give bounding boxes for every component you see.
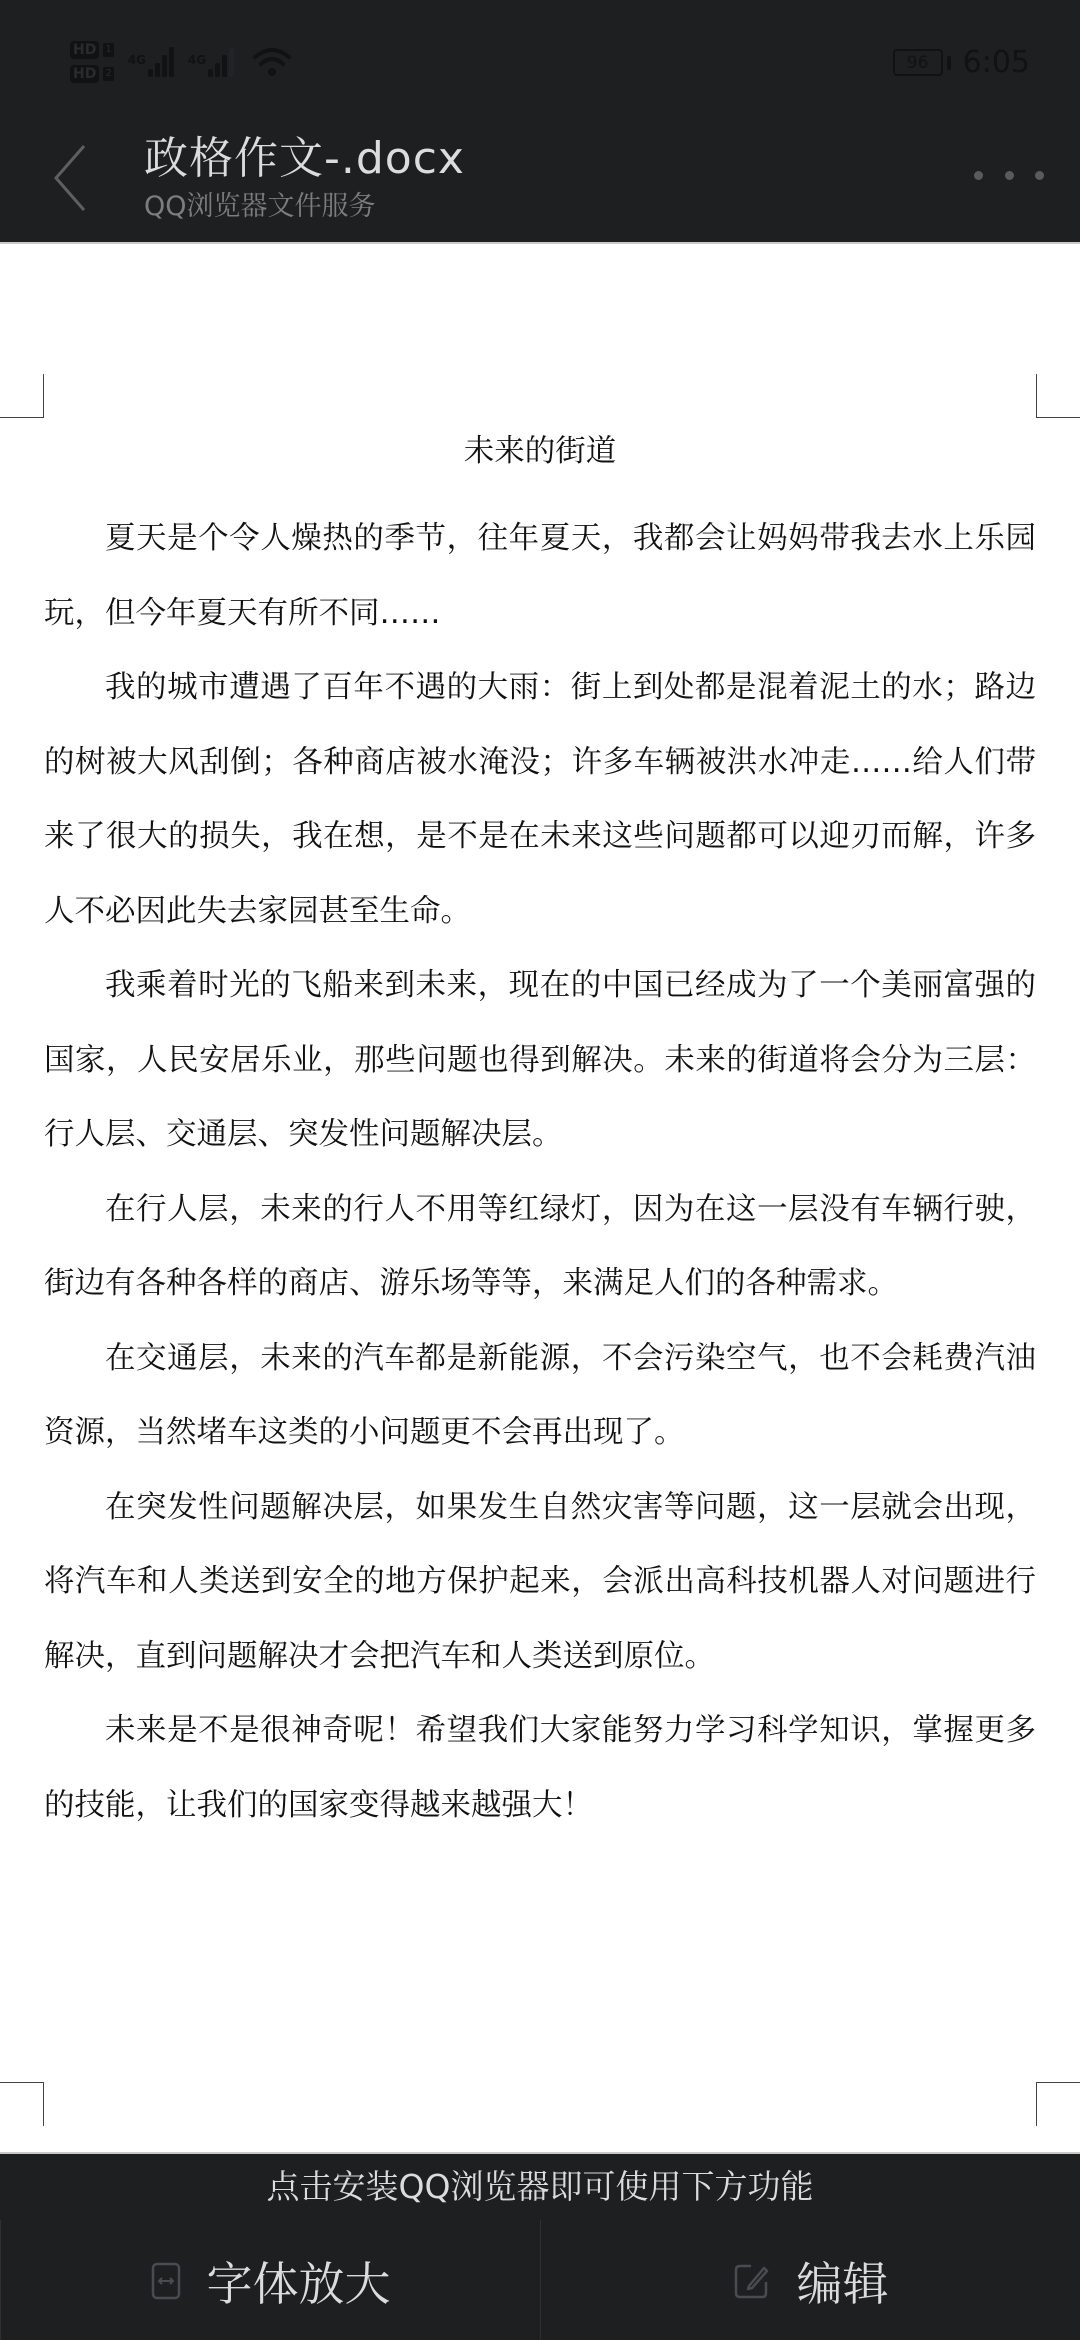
signal-strength-icon: 4G	[128, 47, 174, 77]
page-corner-mark-bottom-right	[1036, 2082, 1080, 2126]
status-bar-left: HD 1 HD 2 4G 4G	[70, 34, 292, 90]
document-page[interactable]: 未来的街道 夏天是个令人燥热的季节，往年夏天，我都会让妈妈带我去水上乐园玩，但今…	[0, 246, 1080, 2152]
sim2-hd-badge: HD	[70, 65, 99, 83]
bottom-toolbar: 点击安装QQ浏览器即可使用下方功能 字体放大 编辑	[0, 2152, 1080, 2340]
chevron-left-icon	[44, 140, 104, 216]
battery-level: 96	[907, 53, 929, 73]
paragraph: 夏天是个令人燥热的季节，往年夏天，我都会让妈妈带我去水上乐园玩，但今年夏天有所不…	[44, 502, 1036, 651]
paragraph: 我的城市遭遇了百年不遇的大雨：街上到处都是混着泥土的水；路边的树被大风刮倒；各种…	[44, 651, 1036, 949]
edit-icon	[733, 2262, 771, 2300]
paragraph: 未来是不是很神奇呢！希望我们大家能努力学习科学知识，掌握更多的技能，让我们的国家…	[44, 1694, 1036, 1843]
paragraph: 在交通层，未来的汽车都是新能源，不会污染空气，也不会耗费汽油资源，当然堵车这类的…	[44, 1322, 1036, 1471]
hd-volte-icon: HD 1 HD 2	[70, 41, 114, 83]
paragraph: 在行人层，未来的行人不用等红绿灯，因为在这一层没有车辆行驶，街边有各种各样的商店…	[44, 1173, 1036, 1322]
document-viewer-app: HD 1 HD 2 4G 4G	[0, 0, 1080, 2340]
document-title: 政格作文-.docx	[144, 122, 465, 186]
signal-strength-icon-sim2: 4G	[188, 47, 234, 77]
sim1-hd-badge: HD	[70, 41, 99, 59]
network-type-1: 4G	[128, 53, 146, 67]
document-body: 未来的街道 夏天是个令人燥热的季节，往年夏天，我都会让妈妈带我去水上乐园玩，但今…	[44, 428, 1036, 1843]
status-bar: HD 1 HD 2 4G 4G	[0, 0, 1080, 110]
battery-tip	[947, 56, 951, 70]
more-options-button[interactable]	[974, 160, 1044, 190]
page-corner-mark-top-left	[0, 374, 44, 418]
network-type-2: 4G	[188, 53, 206, 67]
status-bar-right: 96 6:05	[893, 45, 1030, 80]
wifi-icon	[252, 45, 292, 79]
page-corner-mark-top-right	[1036, 374, 1080, 418]
paragraph: 我乘着时光的飞船来到未来，现在的中国已经成为了一个美丽富强的国家，人民安居乐业，…	[44, 949, 1036, 1173]
paragraph: 在突发性问题解决层，如果发生自然灾害等问题，这一层就会出现，将汽车和人类送到安全…	[44, 1471, 1036, 1695]
essay-title: 未来的街道	[44, 428, 1036, 476]
app-header: HD 1 HD 2 4G 4G	[0, 0, 1080, 244]
install-prompt-banner[interactable]: 点击安装QQ浏览器即可使用下方功能	[0, 2154, 1080, 2220]
clock: 6:05	[963, 45, 1030, 80]
action-buttons: 字体放大 编辑	[0, 2220, 1080, 2340]
page-corner-mark-bottom-left	[0, 2082, 44, 2126]
font-enlarge-button[interactable]: 字体放大	[0, 2220, 540, 2340]
font-enlarge-icon	[151, 2262, 181, 2300]
battery-icon: 96	[893, 49, 943, 76]
title-row: 政格作文-.docx QQ浏览器文件服务	[0, 110, 1080, 244]
sim1-number: 1	[103, 43, 113, 57]
more-horizontal-icon	[974, 171, 983, 180]
document-subtitle: QQ浏览器文件服务	[144, 184, 376, 223]
font-enlarge-label: 字体放大	[207, 2248, 391, 2314]
edit-label: 编辑	[797, 2248, 889, 2314]
edit-button[interactable]: 编辑	[540, 2220, 1080, 2340]
sim2-number: 2	[103, 67, 113, 81]
back-button[interactable]	[44, 140, 104, 216]
